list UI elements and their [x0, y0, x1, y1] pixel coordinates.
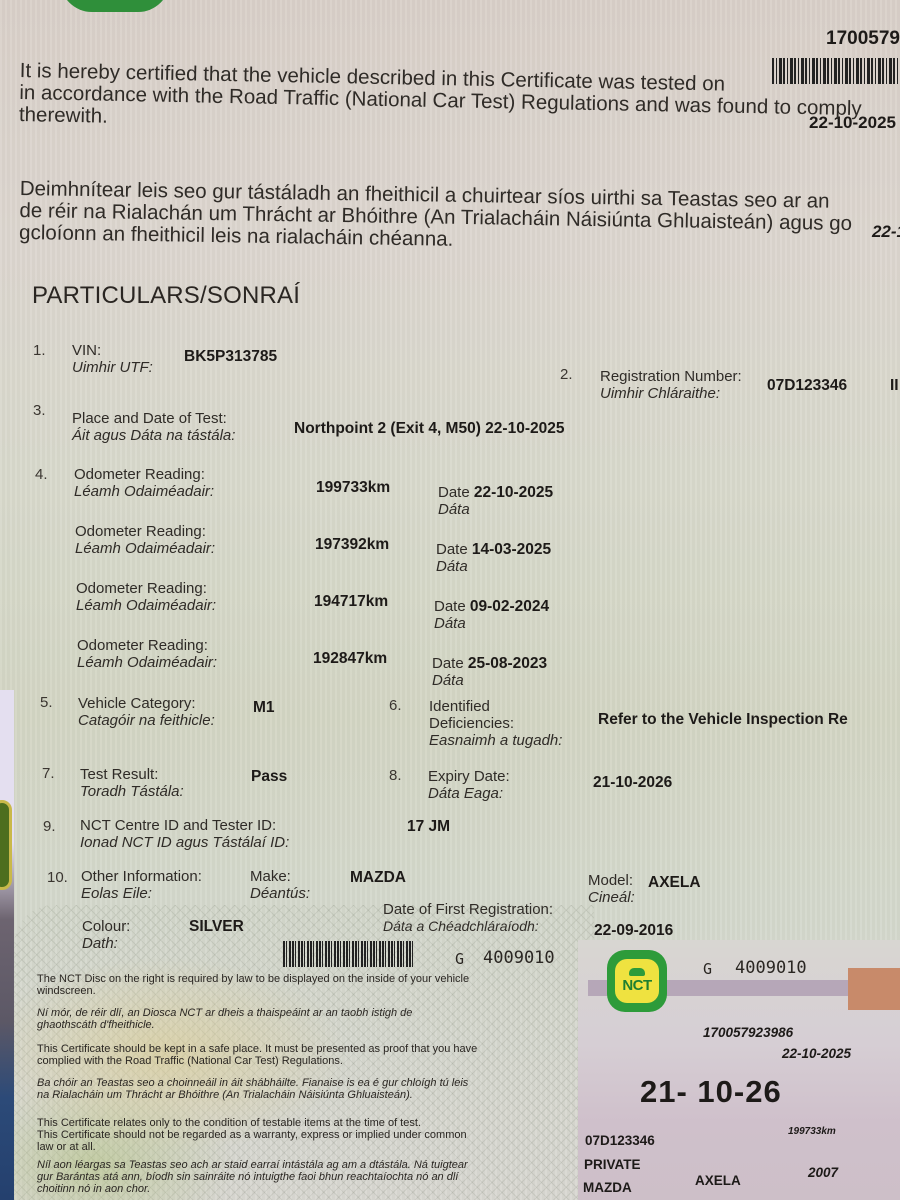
disc-make: MAZDA — [583, 1180, 632, 1195]
odometer-label: Odometer Reading:Léamh Odaiméadair: — [76, 580, 216, 614]
disc-expiry-date: 21- 10-26 — [640, 1074, 782, 1110]
category-value: M1 — [253, 699, 275, 717]
registration-label: Registration Number:Uimhir Chláraithe: — [600, 368, 742, 402]
particulars-heading: PARTICULARS/SONRAÍ — [32, 282, 300, 310]
result-label: Test Result:Toradh Tástála: — [80, 766, 184, 800]
disc-year: 2007 — [808, 1165, 838, 1180]
item-number: 2. — [560, 366, 573, 383]
background-edge — [0, 690, 14, 1200]
odometer-value: 197392km — [315, 536, 389, 554]
odometer-value: 192847km — [313, 650, 387, 668]
odometer-date: Date 22-10-2025Dáta — [438, 484, 553, 518]
odometer-label: Odometer Reading:Léamh Odaiméadair: — [74, 466, 214, 500]
disc-registration: 07D123346 — [585, 1133, 655, 1148]
centre-label: NCT Centre ID and Tester ID:Ionad NCT ID… — [80, 817, 289, 851]
category-label: Vehicle Category:Catagóir na feithicle: — [78, 695, 215, 729]
deficiencies-label: Identified Deficiencies: Easnaimh a tuga… — [429, 698, 562, 749]
certificate-serial: 1700579 — [826, 28, 900, 50]
model-value: AXELA — [648, 874, 701, 892]
item-number: 7. — [42, 765, 55, 782]
colour-value: SILVER — [189, 918, 244, 936]
nct-logo: NCT — [607, 950, 667, 1012]
centre-tester-value: 17 JM — [407, 818, 450, 836]
deficiencies-value: Refer to the Vehicle Inspection Re — [598, 711, 848, 729]
odometer-value: 199733km — [316, 479, 390, 497]
vin-label: VIN:Uimhir UTF: — [72, 342, 153, 376]
legal-warranty-en: This Certificate relates only to the con… — [37, 1117, 467, 1153]
colour-label: Colour:Dath: — [82, 918, 130, 952]
expiry-label: Expiry Date:Dáta Eaga: — [428, 768, 510, 802]
disc-code-label: G — [703, 960, 712, 978]
certificate-date-ga: 22-1 — [872, 222, 900, 242]
legal-disc-en: The NCT Disc on the right is required by… — [37, 973, 469, 997]
place-date-value: Northpoint 2 (Exit 4, M50) 22-10-2025 — [294, 420, 564, 438]
odometer-date: Date 14-03-2025Dáta — [436, 541, 551, 575]
disc-odometer: 199733km — [788, 1126, 836, 1137]
item-number: 4. — [35, 466, 48, 483]
test-result-value: Pass — [251, 768, 287, 786]
certification-statement-ga: Deimhnítear leis seo gur tástáladh an fh… — [19, 178, 853, 257]
odometer-value: 194717km — [314, 593, 388, 611]
item-number: 1. — [33, 342, 46, 359]
disc-code: 4009010 — [735, 958, 807, 978]
item-number: 5. — [40, 694, 53, 711]
stub-code: 4009010 — [483, 948, 555, 968]
make-label: Make:Déantús: — [250, 868, 310, 902]
item-number: 8. — [389, 767, 402, 784]
registration-suffix: II — [890, 377, 899, 395]
legal-disc-ga: Ní mór, de réir dlí, an Diosca NCT ar dh… — [37, 1007, 412, 1031]
item-number: 3. — [33, 402, 46, 419]
item-number: 10. — [47, 869, 68, 886]
car-icon — [629, 968, 645, 976]
first-registration-value: 22-09-2016 — [594, 922, 673, 940]
odometer-date: Date 09-02-2024Dáta — [434, 598, 549, 632]
expiry-date-value: 21-10-2026 — [593, 774, 672, 792]
disc-test-date: 22-10-2025 — [782, 1046, 851, 1061]
legal-warranty-ga: Níl aon léargas sa Teastas seo ach ar st… — [37, 1159, 468, 1195]
legal-safe-en: This Certificate should be kept in a saf… — [37, 1043, 477, 1067]
disc-usage: PRIVATE — [584, 1157, 641, 1172]
odometer-date: Date 25-08-2023Dáta — [432, 655, 547, 689]
item-number: 9. — [43, 818, 56, 835]
disc-serial: 170057923986 — [703, 1025, 793, 1040]
side-logo-icon — [0, 800, 12, 890]
odometer-label: Odometer Reading:Léamh Odaiméadair: — [75, 523, 215, 557]
registration-value: 07D123346 — [767, 377, 847, 395]
disc-tab — [848, 968, 900, 1010]
vin-value: BK5P313785 — [184, 348, 277, 366]
model-label: Model:Cineál: — [588, 872, 635, 906]
make-value: MAZDA — [350, 869, 406, 887]
disc-model: AXELA — [695, 1173, 741, 1188]
stub-code-label: G — [455, 950, 464, 968]
legal-safe-ga: Ba chóir an Teastas seo a choinneáil in … — [37, 1077, 468, 1101]
item-number: 6. — [389, 697, 402, 714]
other-info-label: Other Information:Eolas Eile: — [81, 868, 202, 902]
odometer-label: Odometer Reading:Léamh Odaiméadair: — [77, 637, 217, 671]
place-date-label: Place and Date of Test:Áit agus Dáta na … — [72, 410, 235, 444]
barcode-icon — [283, 941, 413, 967]
